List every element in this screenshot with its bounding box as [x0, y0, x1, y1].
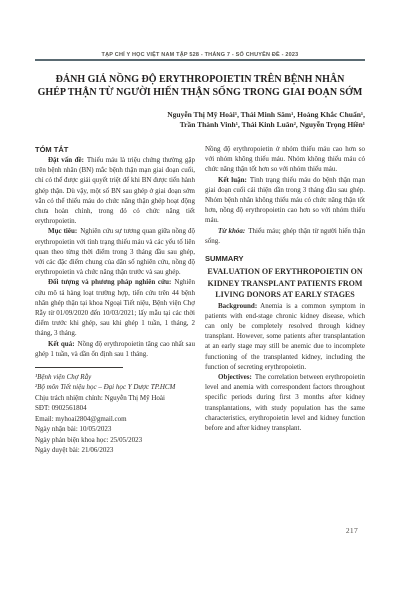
- abstract-paragraph-results-continued: Nồng độ erythropoietin ở nhóm thiếu máu …: [205, 144, 365, 175]
- article-title: ĐÁNH GIÁ NỒNG ĐỘ ERYTHROPOIETIN TRÊN BỆN…: [35, 73, 365, 99]
- two-column-body: TÓM TẮT Đặt vấn đề:Thiếu máu là triệu ch…: [35, 144, 365, 455]
- phone-number: SĐT: 0902561804: [35, 403, 195, 413]
- keywords-lead: Từ khóa:: [218, 227, 245, 235]
- date-received: Ngày nhận bài: 10/05/2023: [35, 424, 195, 434]
- email-address: Email: myhoai2804@gmail.com: [35, 414, 195, 424]
- paragraph-lead: Kết luận:: [218, 176, 247, 184]
- english-title: EVALUATION OF ERYTHROPOIETIN ON KIDNEY T…: [205, 266, 365, 301]
- summary-heading: SUMMARY: [205, 253, 365, 264]
- left-column: TÓM TẮT Đặt vấn đề:Thiếu máu là triệu ch…: [35, 144, 195, 455]
- footnote-rule: [35, 367, 123, 368]
- corresponding-author: Chịu trách nhiệm chính: Nguyễn Thị Mỹ Ho…: [35, 393, 195, 403]
- running-head: TẠP CHÍ Y HỌC VIỆT NAM TẬP 528 - THÁNG 7…: [35, 52, 365, 58]
- page-number: 217: [346, 526, 358, 535]
- author-line2: Trần Thành Vinh¹, Thái Kinh Luân², Nguyễ…: [35, 120, 365, 130]
- paragraph-lead: Mục tiêu:: [48, 227, 77, 235]
- affiliation-1: ¹Bệnh viện Chợ Rẫy: [35, 372, 195, 382]
- paragraph-text: Anemia is a common symptom in patients w…: [205, 302, 365, 371]
- paragraph-text: Thiếu máu là triệu chứng thường gặp trên…: [35, 156, 195, 225]
- abstract-paragraph-methods: Đối tượng và phương pháp nghiên cứu:Nghi…: [35, 277, 195, 338]
- abstract-paragraph-background: Đặt vấn đề:Thiếu máu là triệu chứng thườ…: [35, 155, 195, 226]
- paragraph-lead: Đặt vấn đề:: [48, 156, 84, 164]
- abstract-paragraph-results: Kết quả:Nồng độ erythropoietin tăng cao …: [35, 339, 195, 359]
- paragraph-lead: Background:: [218, 302, 257, 310]
- paragraph-text: Nồng độ erythropoietin ở nhóm thiếu máu …: [205, 145, 365, 173]
- author-list: Nguyễn Thị Mỹ Hoài¹, Thái Minh Sâm¹, Hoà…: [35, 110, 365, 130]
- abstract-paragraph-conclusion: Kết luận:Tình trạng thiếu máu do bệnh th…: [205, 175, 365, 226]
- author-line1: Nguyễn Thị Mỹ Hoài¹, Thái Minh Sâm¹, Hoà…: [35, 110, 365, 120]
- paragraph-lead: Kết quả:: [48, 340, 75, 348]
- paragraph-text: The correlation between erythropoietin l…: [205, 373, 365, 432]
- article-title-line2: GHÉP THẬN TỪ NGƯỜI HIẾN THẬN SỐNG TRONG …: [35, 86, 365, 99]
- affiliation-2: ²Bộ môn Tiết niệu học – Đại học Y Dược T…: [35, 382, 195, 392]
- paragraph-text: Nghiên cứu mô tả hàng loạt trường hợp, t…: [35, 278, 195, 337]
- date-reviewed: Ngày phản biện khoa học: 25/05/2023: [35, 435, 195, 445]
- journal-page: TẠP CHÍ Y HỌC VIỆT NAM TẬP 528 - THÁNG 7…: [0, 0, 400, 600]
- abstract-paragraph-objective: Mục tiêu:Nghiên cứu sự tương quan giữa n…: [35, 226, 195, 277]
- date-accepted: Ngày duyệt bài: 21/06/2023: [35, 445, 195, 455]
- footnote-block: ¹Bệnh viện Chợ Rẫy ²Bộ môn Tiết niệu học…: [35, 367, 195, 455]
- summary-paragraph-background: Background:Anemia is a common symptom in…: [205, 301, 365, 372]
- summary-paragraph-objectives: Objectives:The correlation between eryth…: [205, 372, 365, 433]
- right-column: Nồng độ erythropoietin ở nhóm thiếu máu …: [205, 144, 365, 455]
- paragraph-lead: Objectives:: [218, 373, 252, 381]
- abstract-heading: TÓM TẮT: [35, 144, 195, 155]
- header-rule: [35, 59, 365, 61]
- paragraph-lead: Đối tượng và phương pháp nghiên cứu:: [48, 278, 171, 286]
- article-title-line1: ĐÁNH GIÁ NỒNG ĐỘ ERYTHROPOIETIN TRÊN BỆN…: [35, 73, 365, 86]
- keywords-paragraph: Từ khóa:Thiếu máu; ghép thận từ người hi…: [205, 226, 365, 246]
